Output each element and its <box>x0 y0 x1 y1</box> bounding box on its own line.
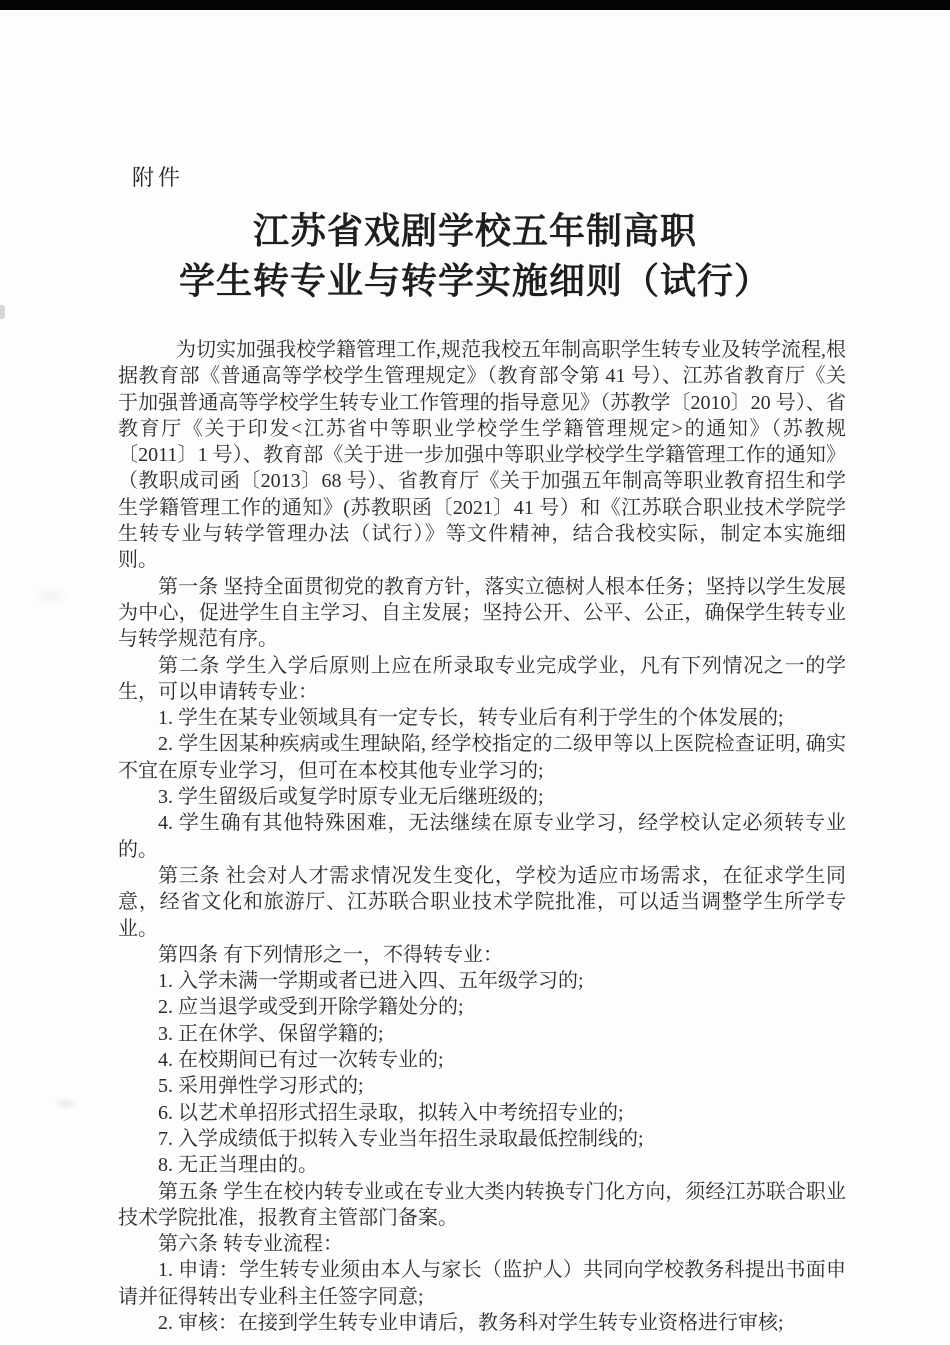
article-4-item-2: 2. 应当退学或受到开除学籍处分的; <box>118 994 846 1020</box>
scanner-edge-bar <box>0 0 950 10</box>
document-title-line-2: 学生转专业与转学实施细则（试行） <box>0 256 950 306</box>
document-body: 为切实加强我校学籍管理工作,规范我校五年制高职学生转专业及转学流程,根据教育部《… <box>118 337 846 1336</box>
article-2-item-4: 4. 学生确有其他特殊困难，无法继续在原专业学习，经学校认定必须转专业的。 <box>118 810 846 863</box>
scanned-document-page: 附件 江苏省戏剧学校五年制高职 学生转专业与转学实施细则（试行） 为切实加强我校… <box>0 0 950 1345</box>
article-4-item-7: 7. 入学成绩低于拟转入专业当年招生录取最低控制线的; <box>118 1126 846 1152</box>
article-6-item-1: 1. 申请：学生转专业须由本人与家长（监护人）共同向学校教务科提出书面申请并征得… <box>118 1257 846 1310</box>
paragraph-intro: 为切实加强我校学籍管理工作,规范我校五年制高职学生转专业及转学流程,根据教育部《… <box>118 337 846 574</box>
article-4: 第四条 有下列情形之一，不得转专业： <box>118 942 846 968</box>
attachment-label: 附件 <box>132 161 184 192</box>
article-5: 第五条 学生在校内转专业或在专业大类内转换专门化方向，须经江苏联合职业技术学院批… <box>118 1179 846 1232</box>
article-4-item-4: 4. 在校期间已有过一次转专业的; <box>118 1047 846 1073</box>
article-2: 第二条 学生入学后原则上应在所录取专业完成学业，凡有下列情况之一的学生，可以申请… <box>118 653 846 706</box>
scan-smudge <box>30 585 70 607</box>
article-6: 第六条 转专业流程： <box>118 1231 846 1257</box>
document-title: 江苏省戏剧学校五年制高职 学生转专业与转学实施细则（试行） <box>0 206 950 306</box>
article-4-item-1: 1. 入学未满一学期或者已进入四、五年级学习的; <box>118 968 846 994</box>
article-4-item-5: 5. 采用弹性学习形式的; <box>118 1073 846 1099</box>
article-3: 第三条 社会对人才需求情况发生变化，学校为适应市场需求，在征求学生同意，经省文化… <box>118 863 846 942</box>
article-2-item-2: 2. 学生因某种疾病或生理缺陷, 经学校指定的二级甲等以上医院检查证明, 确实不… <box>118 731 846 784</box>
article-2-item-1: 1. 学生在某专业领域具有一定专长，转专业后有利于学生的个体发展的; <box>118 705 846 731</box>
article-4-item-8: 8. 无正当理由的。 <box>118 1152 846 1178</box>
article-4-item-3: 3. 正在休学、保留学籍的; <box>118 1021 846 1047</box>
document-title-line-1: 江苏省戏剧学校五年制高职 <box>0 206 950 256</box>
article-1: 第一条 坚持全面贯彻党的教育方针，落实立德树人根本任务；坚持以学生发展为中心，促… <box>118 574 846 653</box>
article-4-item-6: 6. 以艺术单招形式招生录取，拟转入中考统招专业的; <box>118 1100 846 1126</box>
article-6-item-2: 2. 审核：在接到学生转专业申请后，教务科对学生转专业资格进行审核; <box>118 1310 846 1336</box>
article-2-item-3: 3. 学生留级后或复学时原专业无后继班级的; <box>118 784 846 810</box>
scan-smudge <box>0 305 5 319</box>
scan-smudge <box>52 1096 78 1110</box>
